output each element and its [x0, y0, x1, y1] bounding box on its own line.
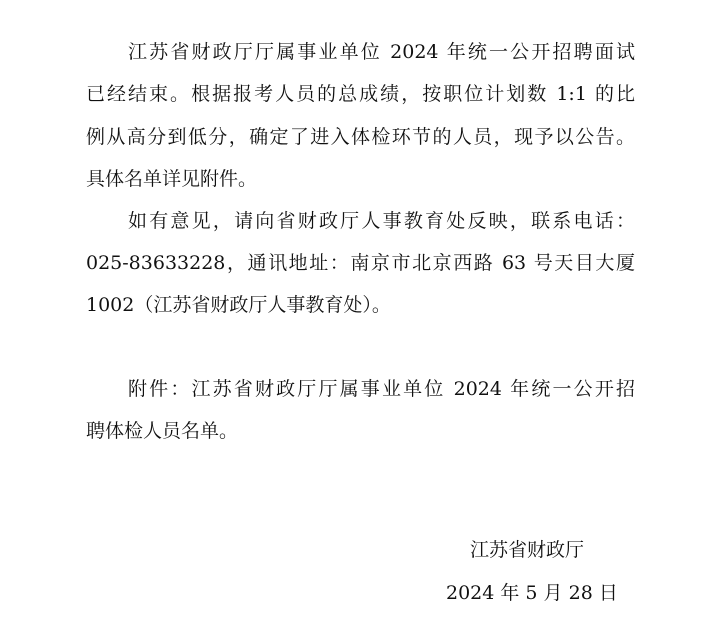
- text-line: 已经结束。根据报考人员的总成绩，按职位计划数 1:1 的比: [86, 82, 635, 106]
- text-line: 如有意见，请向省财政厅人事教育处反映，联系电话：: [128, 209, 635, 233]
- text-line: 具体名单详见附件。: [86, 167, 635, 191]
- text-line: 例从高分到低分，确定了进入体检环节的人员，现予以公告。: [86, 125, 635, 149]
- issuer-name: 江苏省财政厅: [470, 538, 584, 562]
- issue-date: 2024 年 5 月 28 日: [446, 581, 618, 605]
- text-line: 聘体检人员名单。: [86, 419, 635, 443]
- text-line: 附件：江苏省财政厅厅属事业单位 2024 年统一公开招: [128, 377, 635, 401]
- text-line: 江苏省财政厅厅属事业单位 2024 年统一公开招聘面试: [128, 40, 635, 64]
- text-line: 025-83633228，通讯地址：南京市北京西路 63 号天目大厦: [86, 251, 635, 275]
- text-line: 1002（江苏省财政厅人事教育处）。: [86, 293, 635, 317]
